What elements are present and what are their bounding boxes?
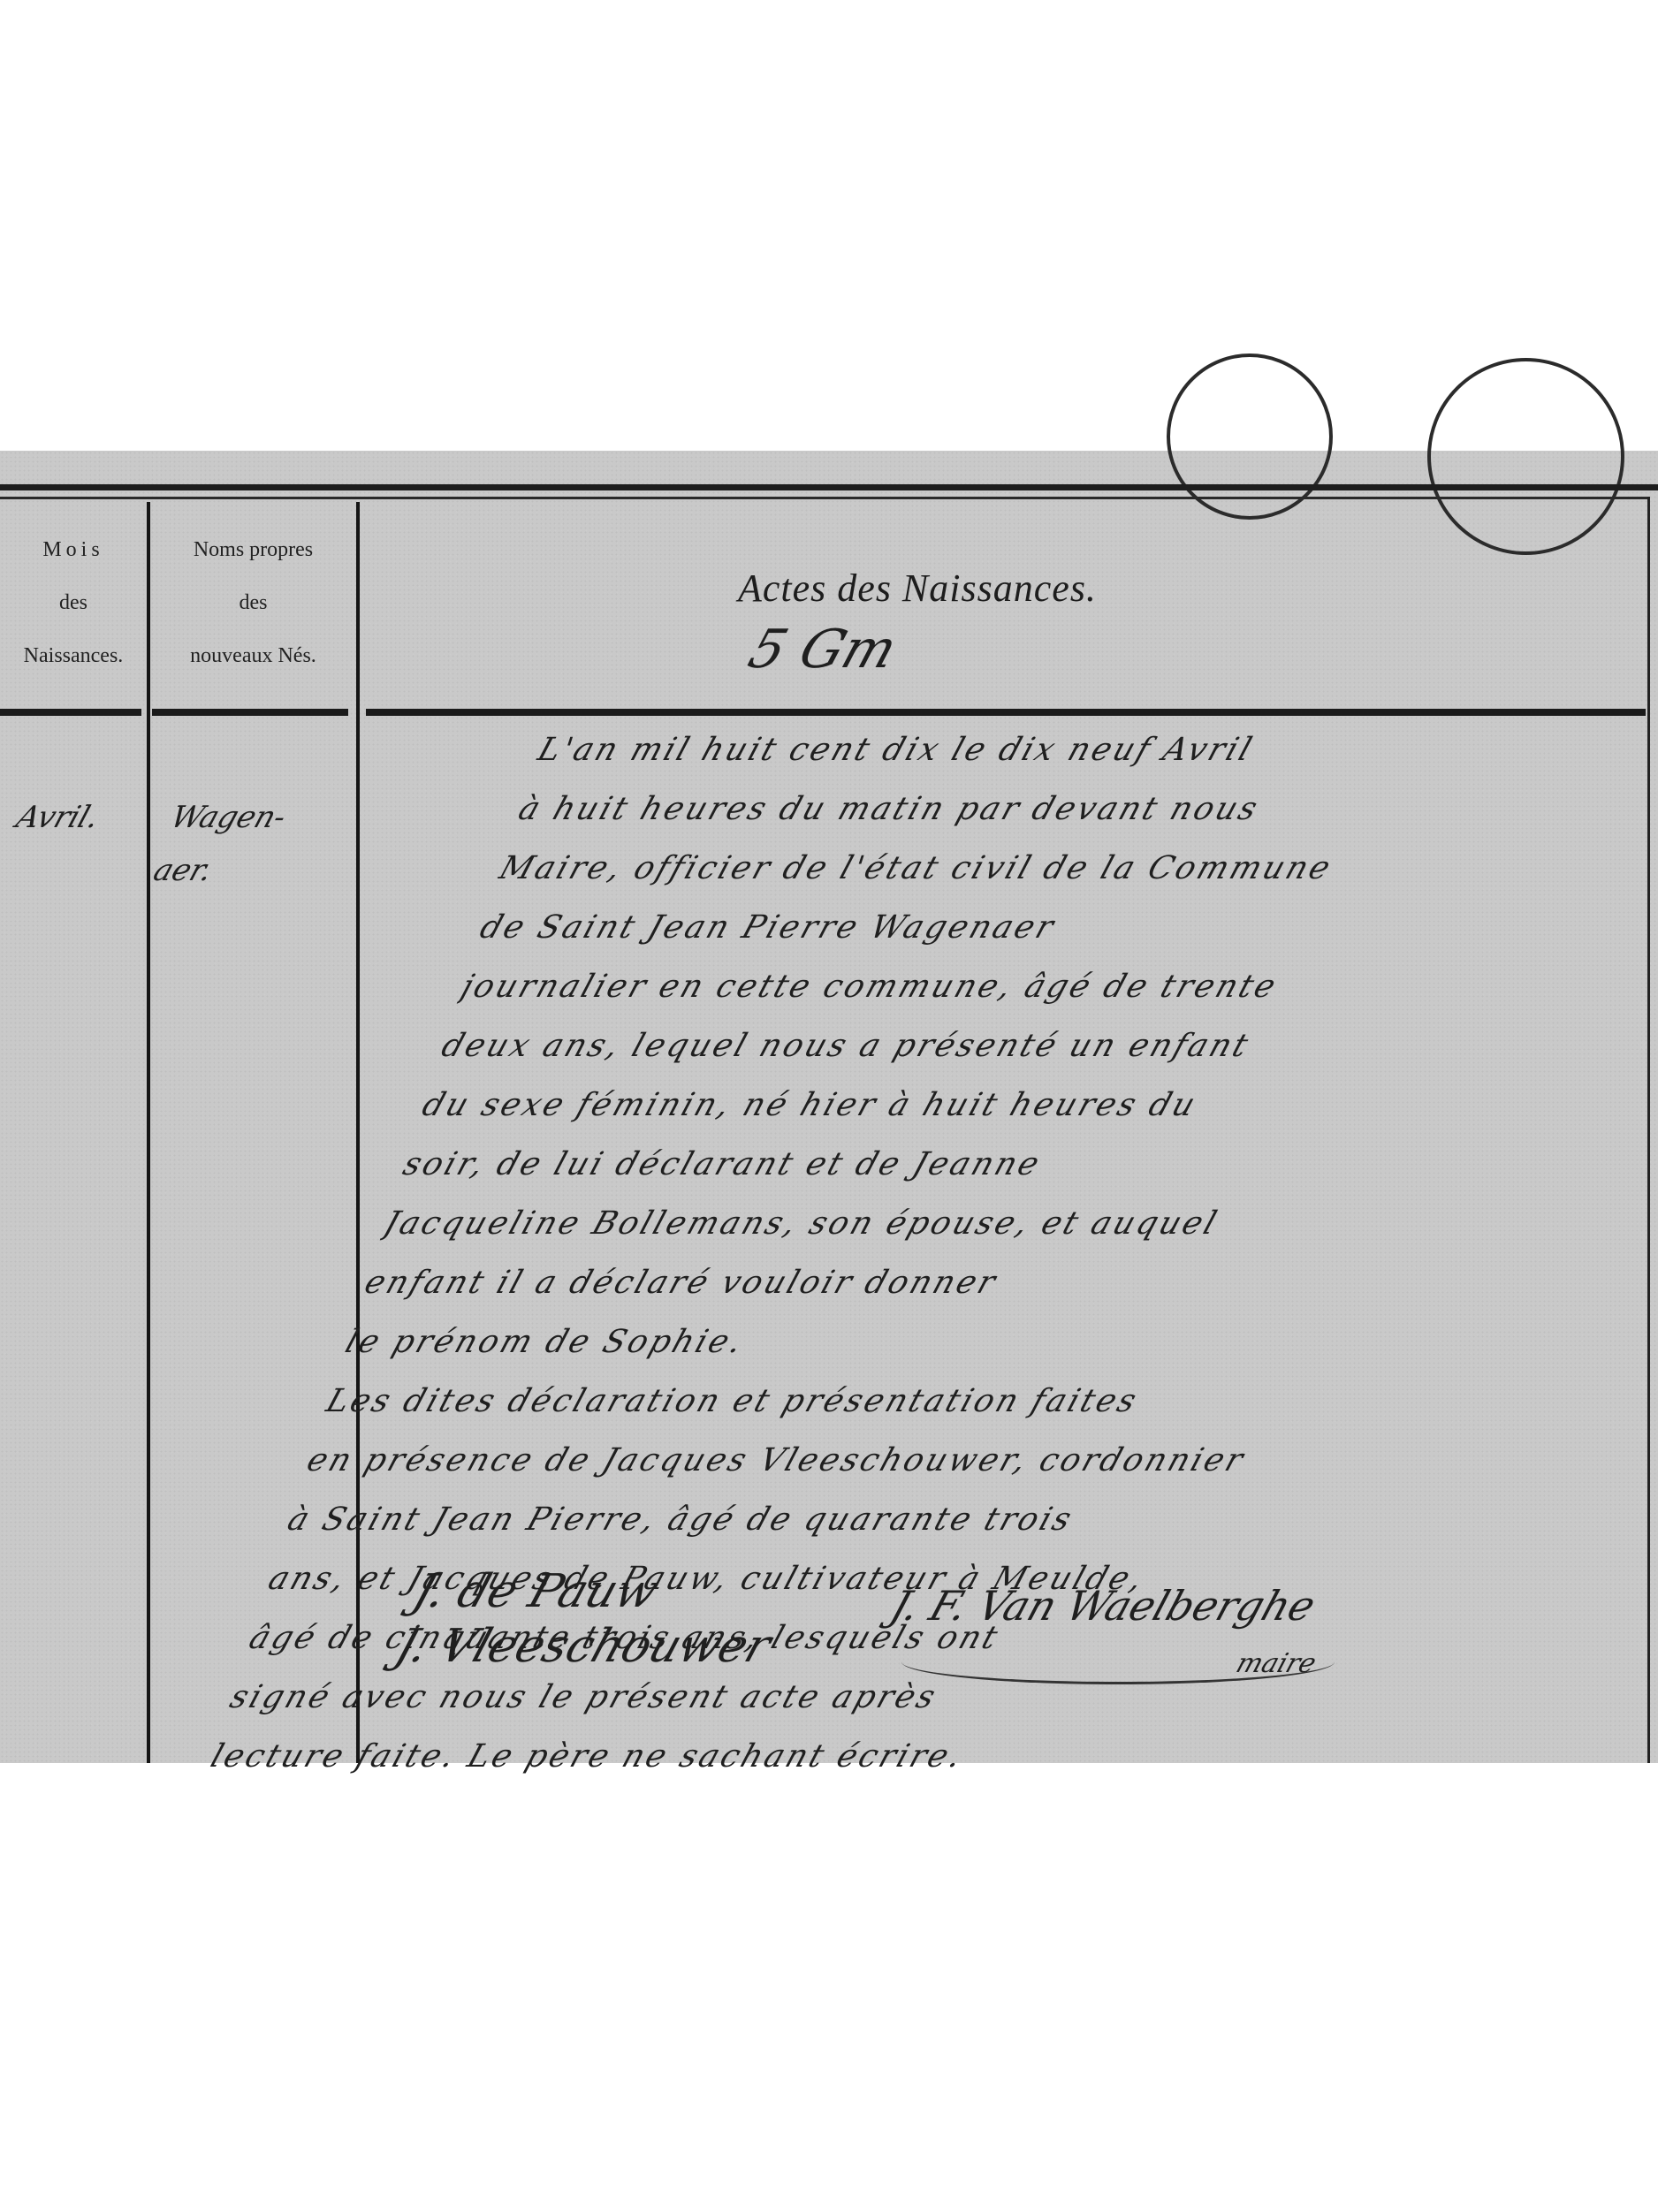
act-line: Jacqueline Bollemans, son épouse, et auq… — [376, 1194, 1650, 1253]
entry-child-name-line2: aer. — [147, 844, 349, 897]
act-line: Les dites déclaration et présentation fa… — [318, 1372, 1593, 1431]
witness-signatures: J. de Pauw J. Vleeschouwer — [389, 1564, 795, 1674]
act-line: soir, de lui déclarant et de Jeanne — [395, 1135, 1658, 1194]
column-header-names-line1: Noms propres — [150, 523, 356, 576]
folio-annotation: 5 Gm — [742, 619, 905, 680]
act-line: Maire, officier de l'état civil de la Co… — [491, 839, 1658, 898]
entry-month: Avril. — [12, 800, 104, 835]
mayor-signature: J. F. Van Waelberghe — [885, 1582, 1321, 1630]
entry-child-name-line1: Wagen- — [164, 791, 366, 844]
witness-signature-2: J. Vleeschouwer — [389, 1619, 778, 1674]
act-line: le prénom de Sophie. — [337, 1312, 1611, 1372]
seal-stamp-right — [1427, 358, 1624, 555]
act-line: de Saint Jean Pierre Wagenaer — [472, 898, 1658, 957]
act-line: en présence de Jacques Vleeschouwer, cor… — [299, 1431, 1573, 1490]
page-title: Actes des Naissances. — [738, 566, 1097, 611]
seal-stamp-left — [1167, 353, 1333, 520]
column-header-names-line2: des — [150, 576, 356, 629]
column-header-month-line3: Naissances. — [0, 629, 147, 682]
act-line: à huit heures du matin par devant nous — [510, 779, 1658, 839]
act-line: deux ans, lequel nous a présenté un enfa… — [433, 1016, 1658, 1076]
entry-child-name: Wagen- aer. — [147, 791, 367, 897]
act-line: du sexe féminin, né hier à huit heures d… — [414, 1076, 1658, 1135]
top-double-rule-thin — [0, 497, 1649, 499]
column-header-names-line3: nouveaux Nés. — [150, 629, 356, 682]
act-line: L'an mil huit cent dix le dix neuf Avril — [529, 720, 1658, 779]
header-rule-names — [152, 709, 348, 716]
act-line: à Saint Jean Pierre, âgé de quarante tro… — [279, 1490, 1554, 1549]
scanned-register-page: Mois des Naissances. Noms propres des no… — [0, 451, 1658, 1763]
act-line: journalier en cette commune, âgé de tren… — [453, 957, 1658, 1016]
header-rule-acts — [366, 709, 1646, 716]
column-header-month-line1: Mois — [0, 523, 147, 576]
column-header-month: Mois des Naissances. — [0, 523, 147, 682]
header-rule-month — [0, 709, 141, 716]
top-double-rule-thick — [0, 484, 1658, 490]
column-header-month-line2: des — [0, 576, 147, 629]
act-line: lecture faite. Le père ne sachant écrire… — [202, 1727, 1477, 1786]
mayor-title: maire — [1232, 1648, 1320, 1679]
column-divider-month — [147, 502, 150, 1763]
act-line: enfant il a déclaré vouloir donner — [356, 1253, 1631, 1312]
witness-signature-1: J. de Pauw — [407, 1564, 795, 1619]
column-header-names: Noms propres des nouveaux Nés. — [150, 523, 356, 682]
